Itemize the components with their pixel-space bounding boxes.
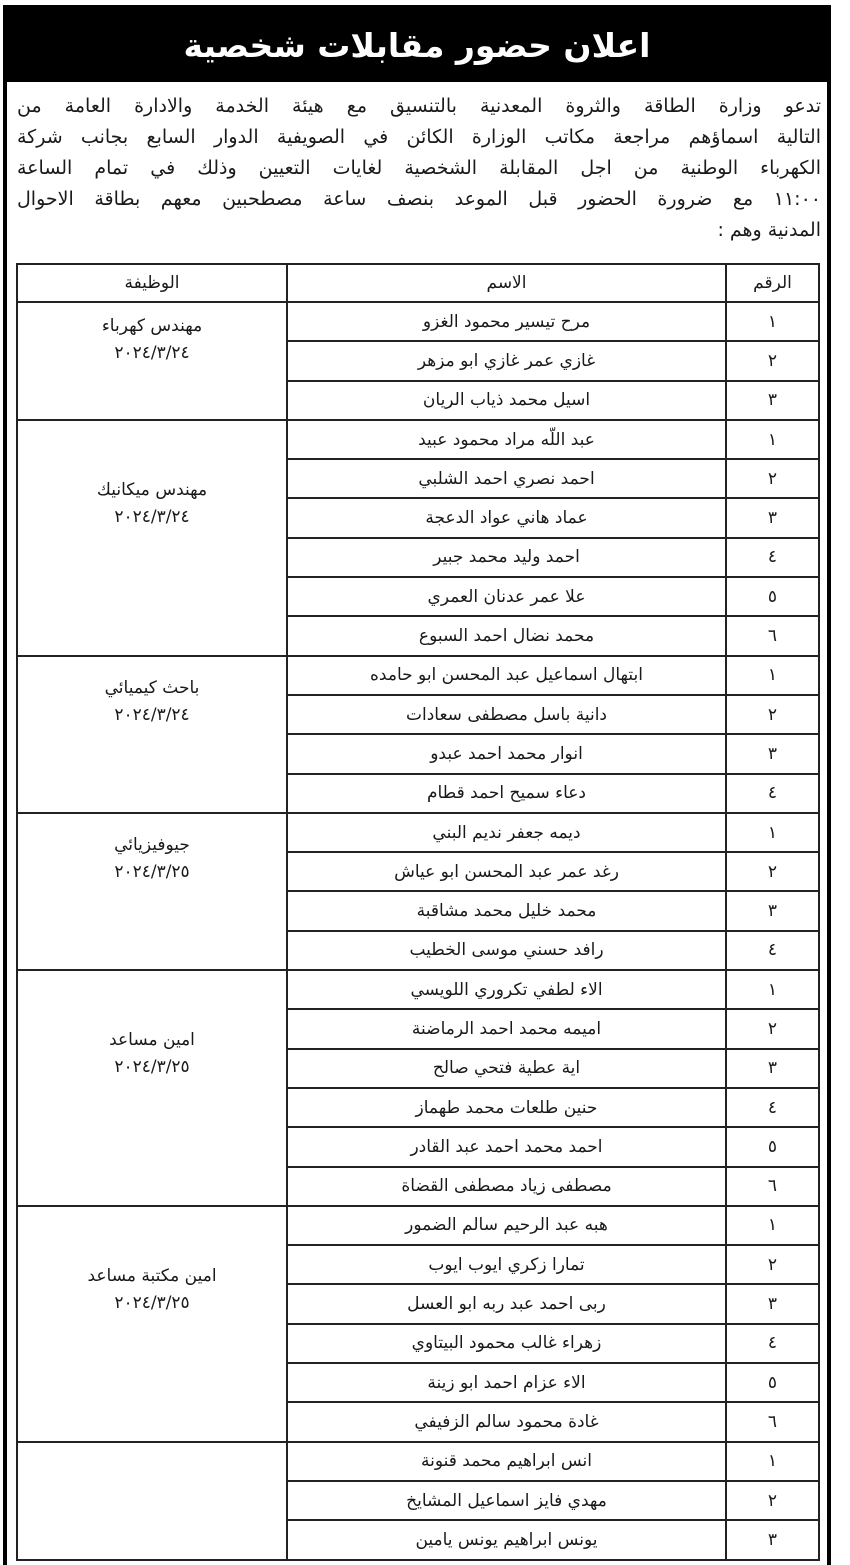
candidate-name: ديمه جعفر نديم البني (287, 813, 726, 852)
candidate-name: اميمه محمد احمد الرماضنة (287, 1009, 726, 1048)
row-number: ١ (726, 420, 819, 459)
row-number: ٥ (726, 577, 819, 616)
row-number: ٢ (726, 852, 819, 891)
candidate-name: رافد حسني موسى الخطيب (287, 931, 726, 970)
candidate-name: رغد عمر عبد المحسن ابو عياش (287, 852, 726, 891)
job-group-cell: مهندس ميكانيك٢٠٢٤/٣/٢٤ (17, 420, 287, 656)
candidate-name: الاء لطفي تكروري اللويسي (287, 970, 726, 1009)
header-name: الاسم (287, 264, 726, 302)
row-number: ١ (726, 970, 819, 1009)
candidate-name: يونس ابراهيم يونس يامين (287, 1520, 726, 1554)
candidate-name: مهدي فايز اسماعيل المشايخ (287, 1481, 726, 1520)
row-number: ٦ (726, 616, 819, 655)
intro-line-4: ١١:٠٠ مع ضرورة الحضور قبل الموعد بنصف سا… (17, 184, 821, 215)
job-group-cell: امين مكتبة مساعد٢٠٢٤/٣/٢٥ (17, 1206, 287, 1442)
candidate-name: انس ابراهيم محمد قنونة (287, 1442, 726, 1481)
candidate-name: غازي عمر غازي ابو مزهر (287, 341, 726, 380)
intro-line-1: تدعو وزارة الطاقة والثروة المعدنية بالتن… (17, 91, 821, 122)
job-title: امين مكتبة مساعد (22, 1263, 282, 1290)
announcement-title: اعلان حضور مقابلات شخصية (184, 26, 651, 65)
candidate-name: مصطفى زياد مصطفى القضاة (287, 1167, 726, 1206)
candidate-name: اسيل محمد ذياب الريان (287, 381, 726, 420)
row-number: ١ (726, 302, 819, 341)
row-number: ٢ (726, 341, 819, 380)
row-number: ٣ (726, 734, 819, 773)
intro-line-3: الكهرباء الوطنية من اجل المقابلة الشخصية… (17, 153, 821, 184)
row-number: ٤ (726, 538, 819, 577)
table-header-row: الرقم الاسم الوظيفة (17, 264, 819, 302)
row-number: ٦ (726, 1167, 819, 1206)
row-number: ٣ (726, 1049, 819, 1088)
row-number: ٤ (726, 1088, 819, 1127)
job-group-cell (17, 1442, 287, 1554)
header-number: الرقم (726, 264, 819, 302)
row-number: ١ (726, 656, 819, 695)
table-row: ١ابتهال اسماعيل عبد المحسن ابو حامدهباحث… (17, 656, 819, 695)
table-body: ١مرح تيسير محمود الغزومهندس كهرباء٢٠٢٤/٣… (17, 302, 819, 1554)
candidate-name: احمد وليد محمد جبير (287, 538, 726, 577)
candidate-name: دانية باسل مصطفى سعادات (287, 695, 726, 734)
interview-date: ٢٠٢٤/٣/٢٤ (22, 702, 282, 729)
intro-paragraph: تدعو وزارة الطاقة والثروة المعدنية بالتن… (17, 91, 821, 246)
row-number: ٢ (726, 1481, 819, 1520)
row-number: ١ (726, 1442, 819, 1481)
table-row: ١عبد اللّه مراد محمود عبيدمهندس ميكانيك٢… (17, 420, 819, 459)
row-number: ٥ (726, 1127, 819, 1166)
row-number: ٣ (726, 498, 819, 537)
candidate-name: عبد اللّه مراد محمود عبيد (287, 420, 726, 459)
candidate-name: مرح تيسير محمود الغزو (287, 302, 726, 341)
job-group-cell: امين مساعد٢٠٢٤/٣/٢٥ (17, 970, 287, 1206)
candidate-name: ربى احمد عبد ربه ابو العسل (287, 1284, 726, 1323)
candidate-name: محمد نضال احمد السبوع (287, 616, 726, 655)
row-number: ٣ (726, 381, 819, 420)
row-number: ٥ (726, 1363, 819, 1402)
row-number: ٣ (726, 1284, 819, 1323)
job-title: مهندس كهرباء (22, 313, 282, 340)
job-group-cell: جيوفيزيائي٢٠٢٤/٣/٢٥ (17, 813, 287, 970)
table-row: ١الاء لطفي تكروري اللويسيامين مساعد٢٠٢٤/… (17, 970, 819, 1009)
interview-date: ٢٠٢٤/٣/٢٥ (22, 859, 282, 886)
candidate-name: عماد هاني عواد الدعجة (287, 498, 726, 537)
interview-date: ٢٠٢٤/٣/٢٤ (22, 340, 282, 367)
job-group-cell: مهندس كهرباء٢٠٢٤/٣/٢٤ (17, 302, 287, 420)
candidate-name: محمد خليل محمد مشاقبة (287, 891, 726, 930)
row-number: ٤ (726, 1324, 819, 1363)
table-row: ١مرح تيسير محمود الغزومهندس كهرباء٢٠٢٤/٣… (17, 302, 819, 341)
candidate-name: هبه عبد الرحيم سالم الضمور (287, 1206, 726, 1245)
row-number: ٤ (726, 931, 819, 970)
job-title: مهندس ميكانيك (22, 477, 282, 504)
header-job: الوظيفة (17, 264, 287, 302)
row-number: ٢ (726, 1009, 819, 1048)
row-number: ٦ (726, 1402, 819, 1441)
candidate-name: حنين طلعات محمد طهماز (287, 1088, 726, 1127)
announcement-page: اعلان حضور مقابلات شخصية تدعو وزارة الطا… (3, 5, 831, 1554)
interview-date: ٢٠٢٤/٣/٢٤ (22, 504, 282, 531)
table-row: ١ديمه جعفر نديم البنيجيوفيزيائي٢٠٢٤/٣/٢٥ (17, 813, 819, 852)
job-title: جيوفيزيائي (22, 832, 282, 859)
table-row: ١هبه عبد الرحيم سالم الضمورامين مكتبة مس… (17, 1206, 819, 1245)
intro-line-2: التالية اسماؤهم مراجعة مكاتب الوزارة الك… (17, 122, 821, 153)
table-row: ١انس ابراهيم محمد قنونة (17, 1442, 819, 1481)
candidates-table: الرقم الاسم الوظيفة ١مرح تيسير محمود الغ… (16, 263, 820, 1554)
interview-date: ٢٠٢٤/٣/٢٥ (22, 1290, 282, 1317)
candidate-name: دعاء سميح احمد قطام (287, 774, 726, 813)
candidate-name: علا عمر عدنان العمري (287, 577, 726, 616)
candidate-name: ابتهال اسماعيل عبد المحسن ابو حامده (287, 656, 726, 695)
job-title: امين مساعد (22, 1027, 282, 1054)
candidate-name: تمارا زكري ايوب ايوب (287, 1245, 726, 1284)
row-number: ٢ (726, 459, 819, 498)
candidate-name: انوار محمد احمد عبدو (287, 734, 726, 773)
candidate-name: احمد نصري احمد الشلبي (287, 459, 726, 498)
candidate-name: غادة محمود سالم الزفيفي (287, 1402, 726, 1441)
row-number: ٣ (726, 891, 819, 930)
row-number: ١ (726, 813, 819, 852)
row-number: ١ (726, 1206, 819, 1245)
candidate-name: احمد محمد احمد عبد القادر (287, 1127, 726, 1166)
candidate-name: الاء عزام احمد ابو زينة (287, 1363, 726, 1402)
row-number: ٣ (726, 1520, 819, 1554)
row-number: ٢ (726, 695, 819, 734)
intro-line-5: المدنية وهم : (17, 215, 821, 246)
job-group-cell: باحث كيميائي٢٠٢٤/٣/٢٤ (17, 656, 287, 813)
announcement-title-bar: اعلان حضور مقابلات شخصية (7, 9, 827, 82)
row-number: ٤ (726, 774, 819, 813)
interview-date: ٢٠٢٤/٣/٢٥ (22, 1054, 282, 1081)
job-title: باحث كيميائي (22, 675, 282, 702)
candidate-name: اية عطية فتحي صالح (287, 1049, 726, 1088)
candidate-name: زهراء غالب محمود البيتاوي (287, 1324, 726, 1363)
row-number: ٢ (726, 1245, 819, 1284)
